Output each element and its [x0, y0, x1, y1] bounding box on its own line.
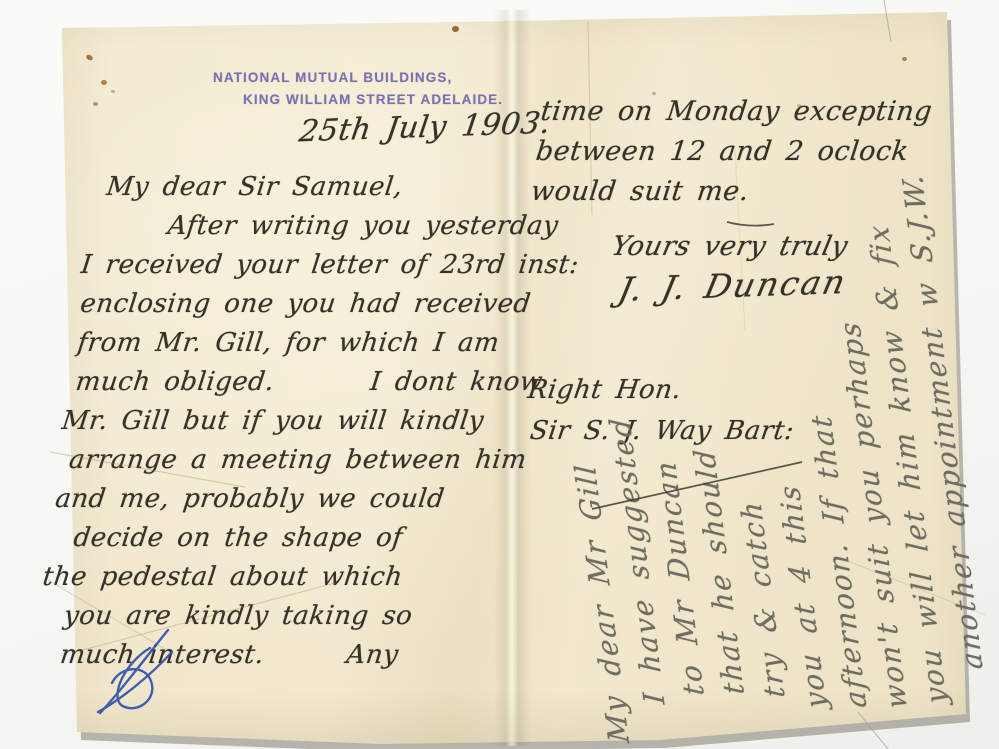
handwritten-line: My dear Sir Samuel, [104, 168, 590, 207]
handwritten-line: and me, probably we could [53, 480, 552, 519]
handwritten-line: you are kindly taking so [62, 597, 538, 636]
rotated-pencil-note: My dear Mr Gill I have suggested to Mr D… [520, 41, 997, 745]
left-page-body: My dear Sir Samuel, After writing you ye… [31, 168, 591, 675]
handwritten-line: arrange a meeting between him [67, 441, 557, 480]
letter-scan: NATIONAL MUTUAL BUILDINGS, KING WILLIAM … [0, 0, 999, 749]
handwritten-line: enclosing one you had received [78, 285, 576, 324]
stain-spot [93, 102, 98, 106]
handwritten-line: much interest. Any [58, 636, 533, 675]
handwritten-line: After writing you yesterday [166, 207, 586, 246]
handwritten-line: decide on the shape of [71, 519, 547, 558]
letterhead-stamp-line1: NATIONAL MUTUAL BUILDINGS, [213, 70, 452, 85]
handwritten-line: the pedestal about which [40, 558, 542, 597]
stain-spot [452, 26, 459, 32]
letterhead-stamp-line2: KING WILLIAM STREET ADELAIDE. [243, 92, 503, 107]
handwritten-line: from Mr. Gill, for which I am [75, 324, 571, 363]
handwritten-line: Mr. Gill but if you will kindly [60, 402, 562, 441]
handwritten-line: I received your letter of 23rd inst: [79, 246, 581, 285]
stain-spot [111, 90, 115, 93]
handwritten-line: much obliged. I dont know [73, 363, 566, 402]
stain-spot [101, 80, 107, 85]
